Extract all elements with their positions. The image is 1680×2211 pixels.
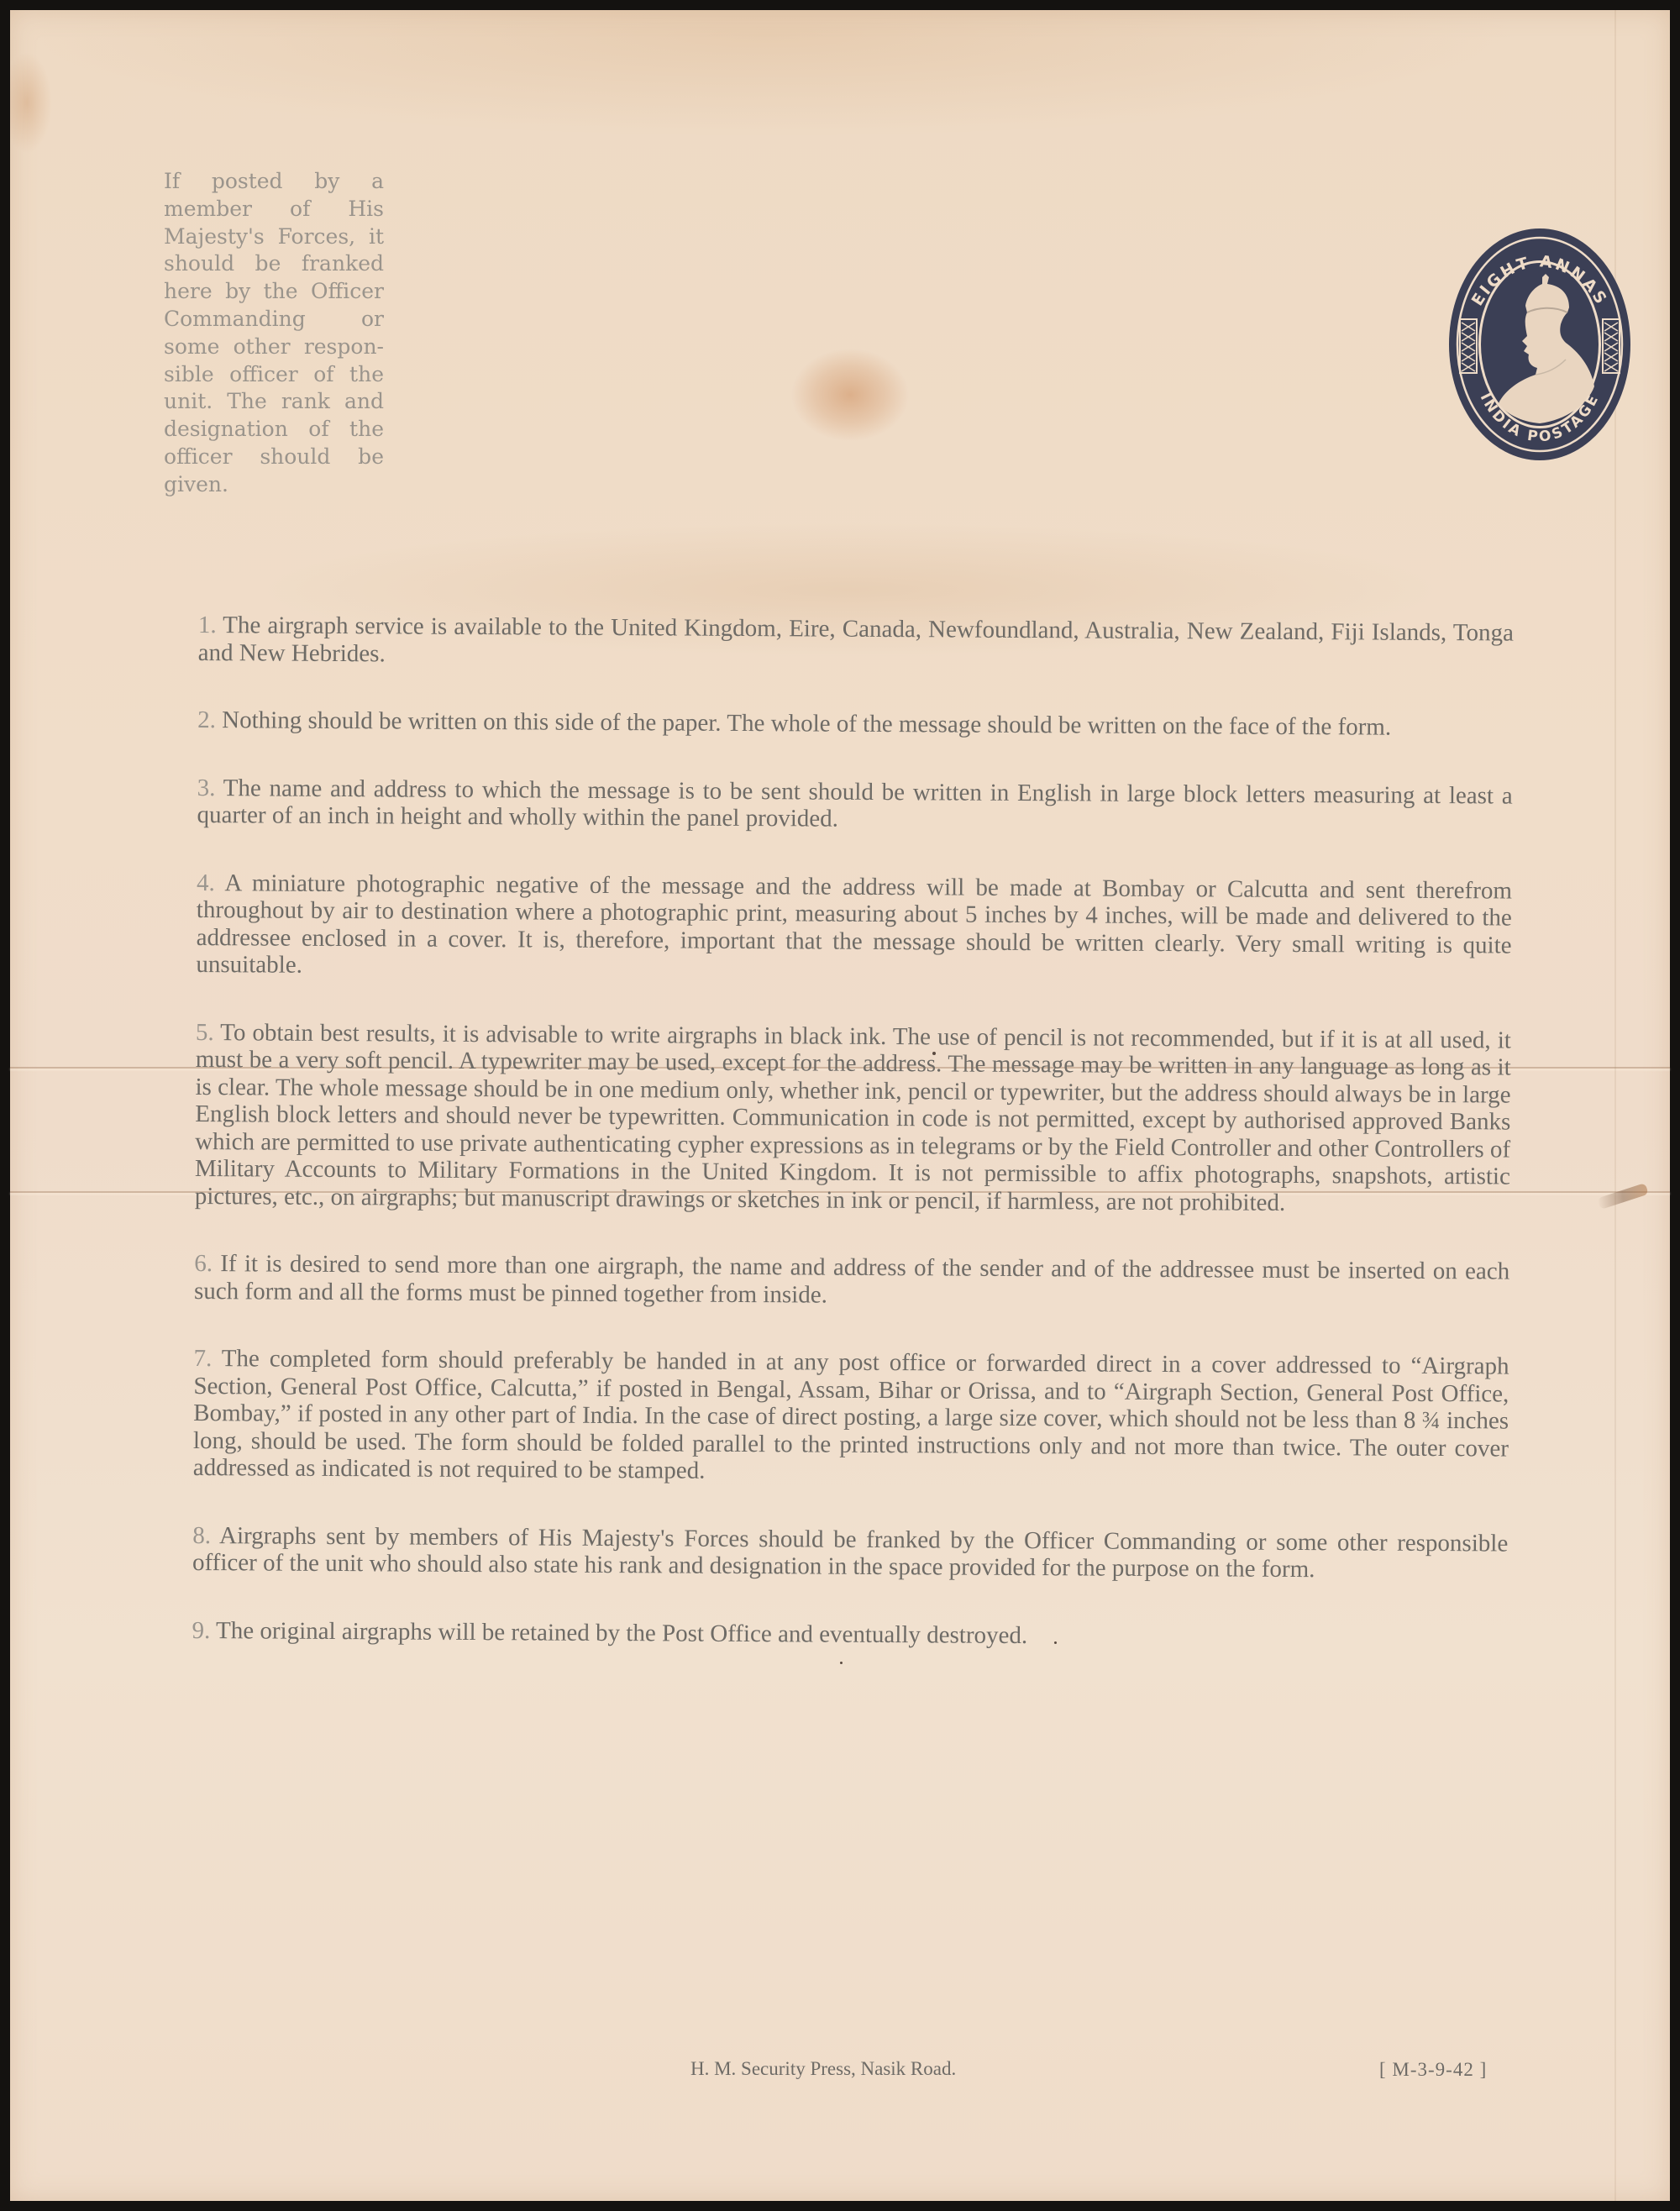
edge-tear-mark (1597, 1183, 1648, 1210)
instruction-text: The original airgraphs will be retained … (216, 1617, 1027, 1649)
instruction-text: Nothing should be written on this side o… (222, 706, 1391, 741)
instruction-2: 2. Nothing should be written on this sid… (197, 706, 1513, 742)
instruction-8: 8. Airgraphs sent by members of His Maje… (192, 1521, 1508, 1584)
instruction-7: 7. The completed form should preferably … (193, 1345, 1509, 1489)
instruction-number: 3. (197, 774, 216, 801)
instruction-text: Airgraphs sent by members of His Majesty… (192, 1522, 1508, 1583)
instruction-text: The completed form should preferably be … (193, 1345, 1509, 1484)
instruction-number: 8. (192, 1521, 211, 1548)
instruction-number: 1. (198, 612, 217, 638)
instruction-text: A miniature photographic negative of the… (196, 869, 1512, 979)
instruction-number: 6. (194, 1250, 213, 1277)
instruction-text: The name and address to which the messag… (197, 775, 1512, 832)
form-code: [ M-3-9-42 ] (1379, 2059, 1487, 2081)
instruction-5: 5. To obtain best results, it is advisab… (195, 1018, 1511, 1217)
airgraph-instructions: 1. The airgraph service is available to … (192, 612, 1513, 1652)
instruction-6: 6. If it is desired to send more than on… (194, 1250, 1509, 1313)
instruction-text: If it is desired to send more than one a… (194, 1250, 1509, 1308)
airgraph-form-reverse: If posted by a member of His Majesty's F… (10, 10, 1670, 2201)
india-postage-stamp-icon: EIGHT ANNAS INDIA POSTAGE (1443, 225, 1636, 464)
instruction-1: 1. The airgraph service is available to … (198, 612, 1514, 675)
instruction-number: 9. (192, 1616, 210, 1643)
instruction-number: 4. (197, 869, 215, 895)
instruction-text: The airgraph service is available to the… (198, 612, 1514, 667)
instruction-3: 3. The name and address to which the mes… (197, 774, 1512, 837)
ink-speck (840, 1662, 843, 1664)
instruction-number: 2. (197, 706, 216, 733)
franking-note: If posted by a member of His Majesty's F… (164, 168, 384, 499)
instruction-4: 4. A miniature photographic negative of … (196, 869, 1512, 986)
instruction-text: To obtain best results, it is advisable … (195, 1019, 1511, 1216)
instruction-number: 5. (196, 1018, 214, 1045)
instruction-9: 9. The original airgraphs will be retain… (192, 1616, 1507, 1652)
instruction-number: 7. (193, 1345, 212, 1372)
printer-imprint: H. M. Security Press, Nasik Road. (690, 2058, 956, 2080)
